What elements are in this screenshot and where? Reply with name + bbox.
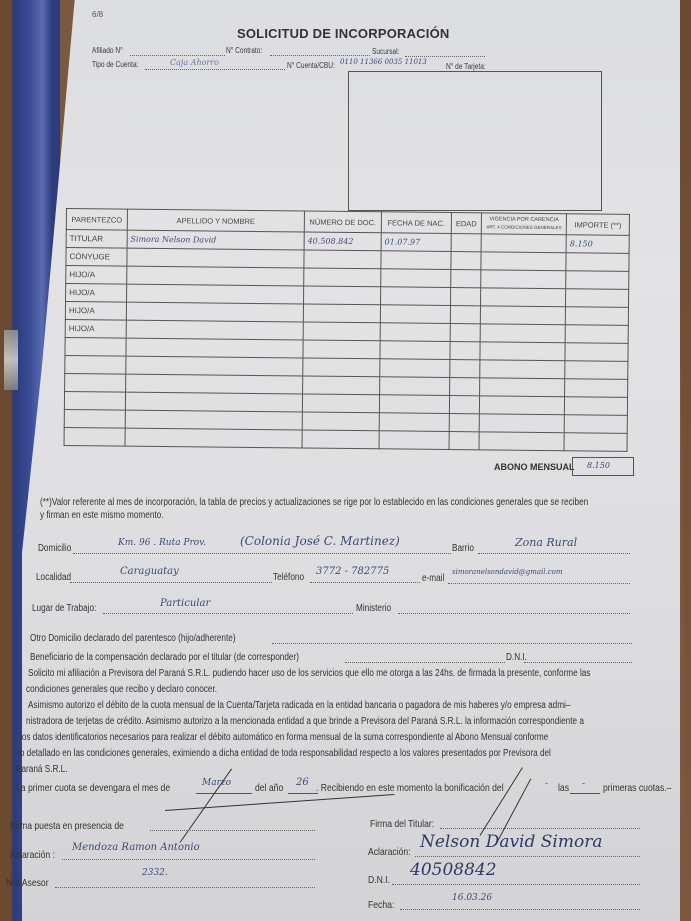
domicilio-note: (Colonia José C. Martinez) [240, 534, 400, 548]
first-payment-year-field[interactable] [288, 793, 318, 794]
legal-p2-line-4: lo detallado en las condiciones generale… [18, 748, 551, 759]
cell-importe[interactable] [566, 271, 629, 290]
cell-doc[interactable]: 40.508.842 [304, 232, 381, 251]
domicilio-label: Domicilio [38, 543, 71, 554]
cell-vigencia[interactable] [480, 342, 565, 361]
abono-mensual-box[interactable]: 8.150 [572, 457, 634, 476]
cell-fecha-nac[interactable] [381, 269, 451, 288]
cell-doc[interactable] [303, 286, 380, 305]
cell-doc[interactable] [302, 430, 379, 449]
asesor-value: 2332. [142, 868, 168, 878]
afiliado-field[interactable] [130, 55, 225, 56]
localidad-field[interactable] [70, 582, 272, 583]
cell-parentesco [64, 409, 125, 428]
page-number: 6/8 [92, 10, 103, 19]
cell-edad[interactable] [451, 234, 482, 252]
cell-parentesco [65, 337, 126, 356]
cell-doc[interactable] [303, 358, 380, 377]
presencia-label: Firma puesta en presencia de [10, 820, 124, 832]
cell-edad[interactable] [450, 270, 481, 288]
domicilio-value: Km. 96 . Ruta Prov. [118, 538, 206, 548]
cell-fecha-nac[interactable] [379, 377, 449, 396]
cell-doc[interactable] [304, 250, 381, 269]
cell-nombre[interactable] [126, 302, 303, 322]
col-vigencia: VIGENCIA POR CARENCIAART. 4 CONDICIONES … [481, 213, 566, 235]
cell-nombre[interactable] [126, 356, 303, 376]
tipo-cuenta-field[interactable] [145, 69, 285, 70]
cell-importe[interactable] [565, 397, 628, 416]
col-nombre: APELLIDO Y NOMBRE [127, 209, 304, 232]
afiliado-label: Afiliado N° [92, 46, 123, 55]
sucursal-field[interactable] [405, 56, 485, 57]
cell-nombre[interactable] [126, 338, 303, 358]
cell-edad[interactable] [450, 306, 481, 324]
cell-vigencia[interactable] [481, 252, 566, 271]
legal-p1-line-2: condiciones generales que recibo y decla… [26, 684, 217, 695]
cell-importe[interactable] [565, 307, 628, 326]
cell-edad[interactable] [450, 342, 481, 360]
cell-fecha-nac[interactable] [380, 341, 450, 360]
cell-parentesco [65, 373, 126, 392]
cell-doc[interactable] [304, 268, 381, 287]
cell-parentesco: HIJO/A [66, 284, 127, 303]
col-importe: IMPORTE (**) [566, 214, 629, 236]
tarjeta-label: N° de Tarjeta: [446, 62, 486, 71]
cell-vigencia[interactable] [481, 234, 566, 253]
aclaracion-left-field[interactable] [62, 859, 315, 860]
cell-importe[interactable] [564, 415, 627, 434]
cell-nombre[interactable] [126, 284, 303, 304]
cell-fecha-nac[interactable]: 01.07.97 [381, 233, 451, 252]
cell-fecha-nac[interactable] [380, 305, 450, 324]
first-payment-month-field[interactable] [196, 793, 252, 794]
legal-p1-line-1: Solicito mi afiliación a Previsora del P… [28, 668, 590, 679]
cell-importe[interactable] [565, 361, 628, 380]
col-parentesco: PARENTEZCO [66, 209, 127, 231]
email-field[interactable] [448, 583, 630, 584]
cell-nombre[interactable] [127, 248, 304, 268]
contrato-field[interactable] [270, 55, 370, 56]
otro-domicilio-field[interactable] [272, 643, 632, 644]
cell-importe[interactable] [566, 253, 629, 272]
cell-vigencia[interactable] [480, 396, 565, 415]
first-payment-cuotas-field[interactable] [570, 793, 600, 794]
ministerio-field[interactable] [398, 613, 630, 614]
cell-edad[interactable] [449, 414, 480, 432]
dni-field[interactable] [392, 884, 640, 885]
telefono-label: Teléfono [273, 572, 304, 583]
first-payment-bonus-value: - [545, 779, 548, 789]
aclaracion-right-field[interactable] [415, 856, 640, 857]
first-payment-prefix: La primer cuota se devengara el mes de [16, 782, 170, 794]
fecha-field[interactable] [400, 909, 640, 910]
col-doc: NÚMERO DE DOC. [304, 211, 381, 233]
localidad-label: Localidad [36, 572, 71, 583]
cell-importe[interactable] [564, 433, 627, 452]
cell-vigencia[interactable] [479, 414, 564, 433]
contrato-label: N° Contrato: [226, 46, 262, 55]
cell-parentesco: HIJO/A [65, 302, 126, 321]
presencia-signature-field[interactable] [150, 830, 315, 831]
telefono-value: 3772 - 782775 [316, 566, 389, 577]
email-value: simoranelsondavid@gmail.com [452, 568, 563, 576]
barrio-field[interactable] [478, 553, 630, 554]
sucursal-label: Sucursal: [372, 47, 399, 56]
firma-titular-label: Firma del Titular: [370, 818, 434, 830]
dni-label: D.N.I. [368, 874, 390, 886]
footnote-line-1: (**)Valor referente al mes de incorporac… [40, 497, 588, 508]
card-number-box[interactable] [348, 71, 602, 211]
barrio-label: Barrio [452, 543, 474, 554]
first-payment-year-label: del año [255, 782, 283, 794]
cell-nombre[interactable] [126, 320, 303, 340]
col-fecha-nac: FECHA DE NAC. [381, 212, 451, 234]
tipo-cuenta-value: Caja Ahorro [170, 58, 219, 67]
vigencia-subtitle: ART. 4 CONDICIONES GENERALES [486, 224, 561, 230]
cell-importe[interactable] [565, 325, 628, 344]
cell-nombre[interactable] [126, 266, 303, 286]
cell-edad[interactable] [450, 360, 481, 378]
cell-doc[interactable] [303, 304, 380, 323]
cell-nombre[interactable] [125, 428, 302, 448]
first-payment-year: 26 [296, 777, 309, 788]
cuenta-cbu-label: N° Cuenta/CBU: [287, 61, 335, 70]
dni-value: 40508842 [410, 860, 497, 880]
otro-domicilio-label: Otro Domicilio declarado del parentesco … [30, 633, 236, 644]
first-payment-month: Marzo [202, 778, 231, 788]
cell-fecha-nac[interactable] [380, 287, 450, 306]
vigencia-title: VIGENCIA POR CARENCIA [489, 216, 558, 223]
lugar-trabajo-field[interactable] [103, 613, 353, 614]
aclaracion-right-label: Aclaración: [368, 846, 411, 858]
cell-edad[interactable] [449, 396, 480, 414]
email-label: e-mail [422, 573, 444, 584]
telefono-field[interactable] [310, 582, 420, 583]
beneficiario-label: Beneficiario de la compensación declarad… [30, 652, 299, 663]
tipo-cuenta-label: Tipo de Cuenta: [92, 60, 138, 69]
first-payment-suffix: primeras cuotas.– [603, 782, 671, 794]
cell-vigencia[interactable] [481, 288, 566, 307]
aclaracion-left-label: Aclaración : [10, 849, 55, 861]
cell-fecha-nac[interactable] [379, 413, 449, 432]
legal-p2-line-3: los datos identificatorios necesarios pa… [20, 732, 548, 743]
cell-vigencia[interactable] [479, 432, 564, 451]
cell-edad[interactable] [450, 288, 481, 306]
beneficiario-field[interactable] [345, 662, 505, 663]
cell-parentesco: HIJO/A [65, 319, 126, 338]
cell-fecha-nac[interactable] [381, 251, 451, 270]
lugar-trabajo-value: Particular [160, 598, 210, 609]
fecha-value: 16.03.26 [452, 893, 492, 903]
cell-vigencia[interactable] [480, 324, 565, 343]
footnote-line-2: y firman en este mismo momento. [40, 510, 163, 521]
cuenta-cbu-value: 0110 11366 0035 11013 [340, 58, 427, 66]
cell-importe[interactable] [565, 343, 628, 362]
page-title: SOLICITUD DE INCORPORACIÓN [237, 26, 449, 41]
cell-parentesco [65, 355, 126, 374]
cell-importe[interactable] [565, 379, 628, 398]
cell-fecha-nac[interactable] [379, 431, 449, 450]
ministerio-label: Ministerio [356, 603, 391, 614]
cell-edad[interactable] [450, 324, 481, 342]
members-table: PARENTEZCO APELLIDO Y NOMBRE NÚMERO DE D… [64, 208, 630, 452]
fecha-label: Fecha: [368, 899, 394, 911]
domicilio-field[interactable] [73, 553, 451, 554]
aclaracion-left-value: Mendoza Ramon Antonio [72, 842, 200, 853]
cell-importe[interactable] [566, 289, 629, 308]
cell-nombre[interactable] [125, 374, 302, 394]
localidad-value: Caraguatay [120, 566, 179, 577]
barrio-value: Zona Rural [515, 536, 577, 549]
first-payment-bonus-text: . Recibiendo en este momento la bonifica… [316, 782, 504, 794]
legal-p2-line-5: Paraná S.R.L. [16, 764, 68, 775]
cell-fecha-nac[interactable] [379, 395, 449, 414]
cell-parentesco [64, 427, 125, 446]
cell-edad[interactable] [449, 378, 480, 396]
cell-importe[interactable]: 8.150 [566, 235, 629, 254]
cell-fecha-nac[interactable] [380, 323, 450, 342]
cell-edad[interactable] [449, 432, 480, 450]
binder-clip [4, 330, 18, 390]
cell-vigencia[interactable] [480, 360, 565, 379]
abono-mensual-value: 8.150 [587, 461, 610, 470]
cell-parentesco: HIJO/A [66, 266, 127, 285]
legal-p2-line-1: Asimismo autorizo el débito de la cuota … [28, 700, 570, 711]
beneficiario-dni-field[interactable] [524, 662, 632, 663]
cell-parentesco [64, 391, 125, 410]
cell-doc[interactable] [303, 376, 380, 395]
cell-doc[interactable] [303, 322, 380, 341]
first-payment-las-label: las [558, 782, 569, 794]
cell-parentesco: CÓNYUGE [66, 248, 127, 267]
cell-vigencia[interactable] [480, 306, 565, 325]
cell-nombre[interactable] [125, 392, 302, 412]
cell-doc[interactable] [302, 394, 379, 413]
cell-doc[interactable] [303, 340, 380, 359]
asesor-field[interactable] [55, 887, 315, 888]
first-payment-cuotas-value: - [582, 779, 585, 789]
aclaracion-right-value: Nelson David Simora [420, 832, 602, 852]
abono-mensual-label: ABONO MENSUAL [494, 462, 575, 472]
cell-fecha-nac[interactable] [380, 359, 450, 378]
cell-vigencia[interactable] [481, 270, 566, 289]
cell-parentesco: TITULAR [66, 230, 127, 249]
cell-nombre[interactable] [125, 410, 302, 430]
cell-nombre[interactable]: Simora Nelson David [127, 230, 304, 250]
col-edad: EDAD [451, 213, 482, 234]
firma-titular-field[interactable] [440, 828, 640, 829]
asesor-label: Nro Asesor [6, 877, 49, 889]
cell-doc[interactable] [302, 412, 379, 431]
lugar-trabajo-label: Lugar de Trabajo: [32, 603, 96, 614]
cell-edad[interactable] [451, 252, 482, 270]
legal-p2-line-2: nistradora de terjetas de crédito. Asimi… [26, 716, 584, 727]
cell-vigencia[interactable] [480, 378, 565, 397]
